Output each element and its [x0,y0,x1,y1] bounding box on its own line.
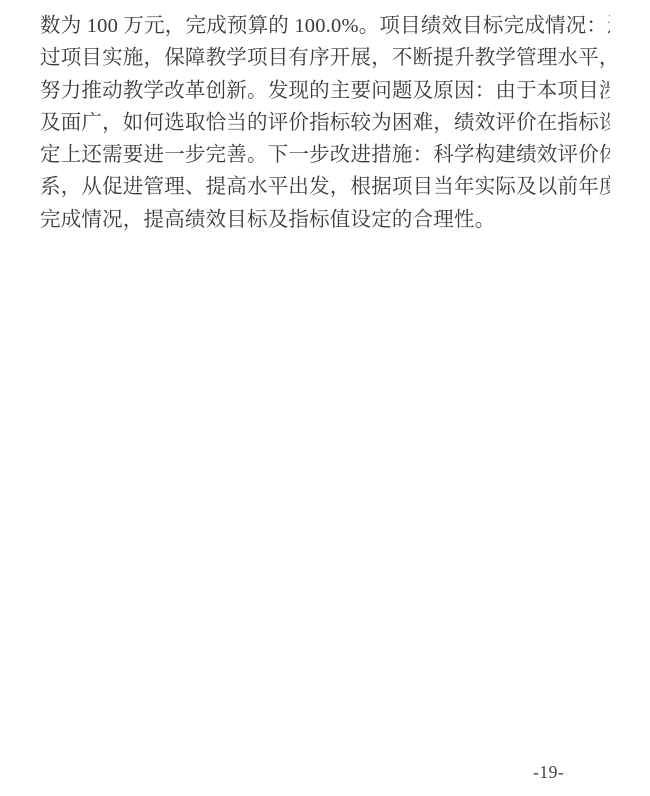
paragraph-line: 及面广，如何选取恰当的评价指标较为困难，绩效评价在指标设 [40,107,610,139]
paragraph-line: 完成情况，提高绩效目标及指标值设定的合理性。 [40,204,610,236]
paragraph-line: 努力推动教学改革创新。发现的主要问题及原因：由于本项目涉 [40,75,610,107]
page-number: -19- [533,761,564,783]
paragraph-line: 数为 100 万元，完成预算的 100.0%。项目绩效目标完成情况：通 [40,10,610,42]
paragraph-line: 过项目实施，保障教学项目有序开展，不断提升教学管理水平， [40,42,610,74]
paragraph-line: 定上还需要进一步完善。下一步改进措施：科学构建绩效评价体 [40,139,610,171]
paragraph-line: 系，从促进管理、提高水平出发，根据项目当年实际及以前年度 [40,171,610,203]
paragraph-block: 数为 100 万元，完成预算的 100.0%。项目绩效目标完成情况：通 过项目实… [40,10,610,236]
document-page: 数为 100 万元，完成预算的 100.0%。项目绩效目标完成情况：通 过项目实… [0,0,650,796]
